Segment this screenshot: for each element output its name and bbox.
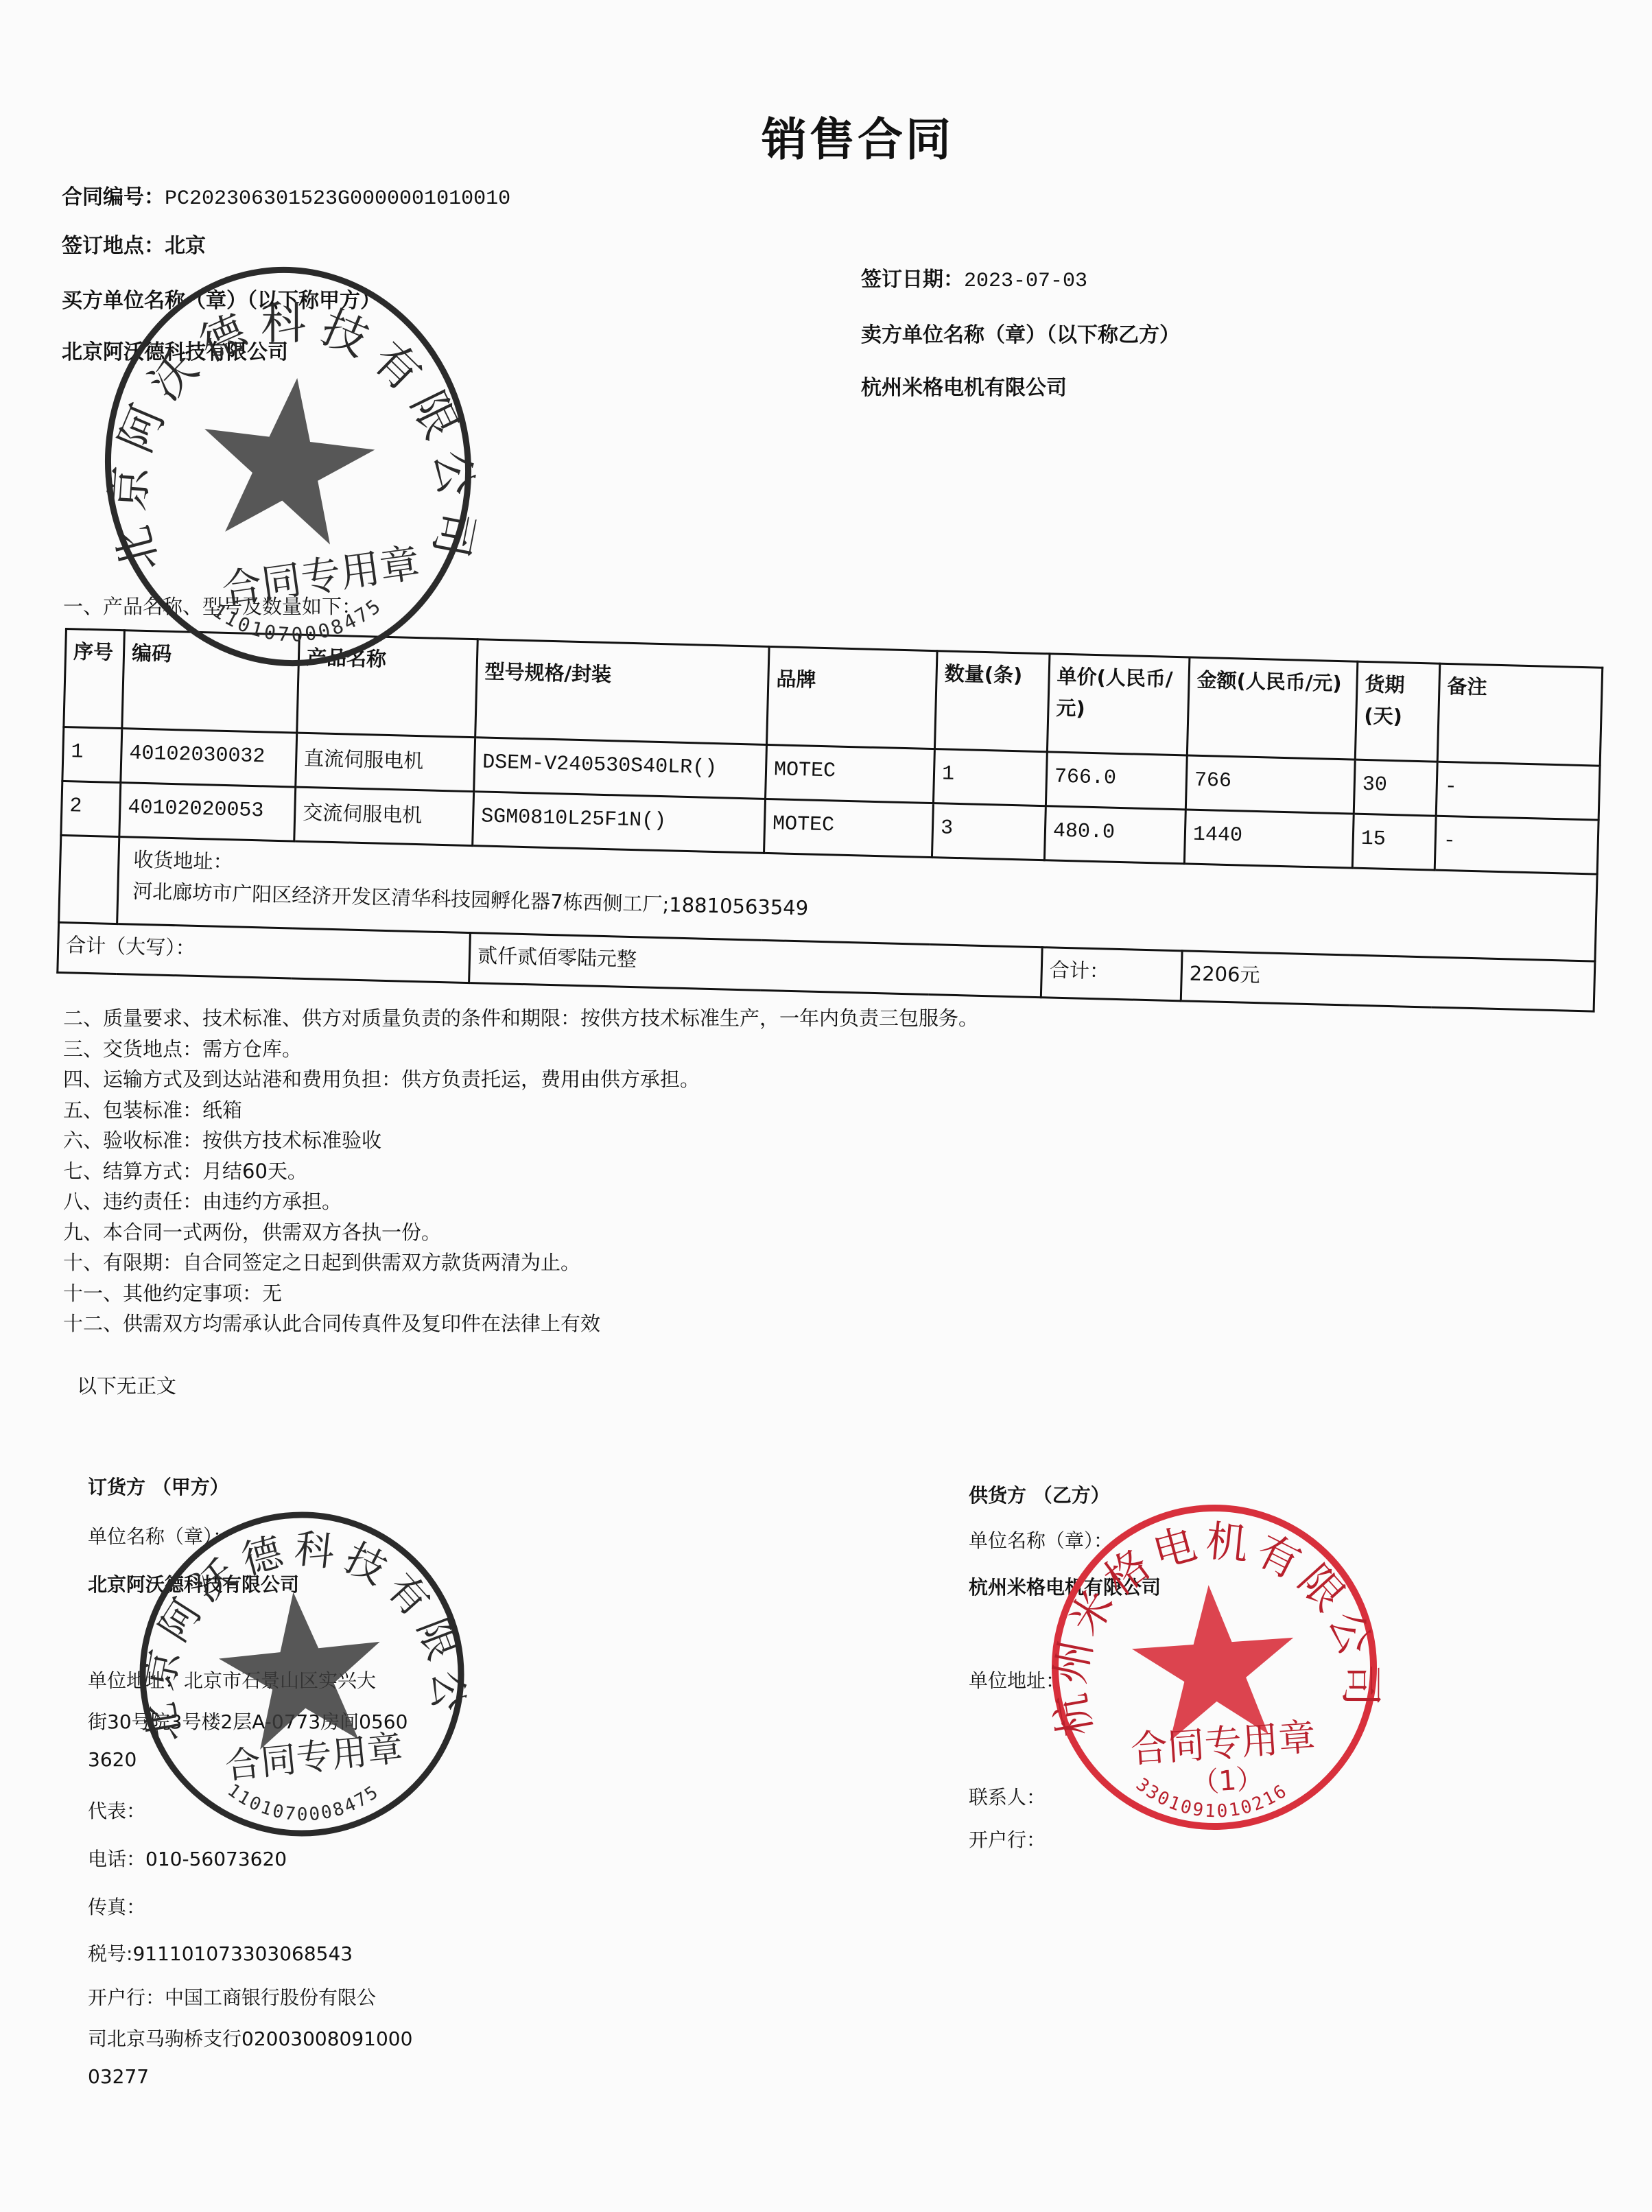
seller-label: 卖方单位名称（章）（以下称乙方） — [861, 318, 1180, 348]
seller-block-address-label: 单位地址： — [969, 1666, 1065, 1693]
sign-place: 签订地点：北京 — [62, 228, 206, 259]
buyer-block-address: 单位地址：北京市石景山区实兴大 — [88, 1666, 376, 1693]
col-header-unit-price: 单价(人民币/元) — [1047, 654, 1190, 755]
cell-brand: MOTEC — [766, 744, 935, 803]
buyer-block-phone-label: 电话： — [88, 1848, 145, 1870]
cell-code: 40102030032 — [121, 729, 297, 787]
col-header-qty: 数量(条) — [934, 651, 1050, 752]
clauses: 二、质量要求、技术标准、供方对质量负责的条件和期限：按供方技术标准生产，一年内负… — [63, 1003, 978, 1339]
buyer-block-tax-value: 911101073303068543 — [132, 1942, 353, 1965]
seller-block-contact-label: 联系人： — [969, 1782, 1046, 1810]
total-label: 合计： — [1041, 948, 1182, 1001]
cell-remark: - — [1435, 816, 1598, 874]
col-header-amount: 金额(人民币/元) — [1187, 657, 1358, 760]
buyer-block-tax: 税号:911101073303068543 — [88, 1939, 353, 1966]
clause-5: 五、包装标准：纸箱 — [63, 1095, 978, 1126]
items-table-wrapper: 序号 编码 产品名称 型号规格/封装 品牌 数量(条) 单价(人民币/元) 金额… — [56, 628, 1601, 1013]
clause-3: 三、交货地点：需方仓库。 — [63, 1034, 978, 1065]
sign-date-value: 2023-07-03 — [964, 270, 1087, 293]
clause-12: 十二、供需双方均需承认此合同传真件及复印件在法律上有效 — [63, 1308, 978, 1339]
cell-lead-time: 15 — [1352, 814, 1436, 870]
cell-seq: 2 — [61, 781, 121, 836]
buyer-block-bank-line3: 03277 — [88, 2065, 149, 2088]
sign-place-value: 北京 — [165, 234, 206, 258]
end-note: 以下无正文 — [77, 1371, 176, 1399]
col-header-model: 型号规格/封装 — [475, 639, 769, 745]
cell-product: 直流伺服电机 — [296, 733, 475, 792]
buyer-block-bank-line1: 中国工商银行股份有限公 — [165, 1986, 376, 2009]
buyer-block-bank-line2: 司北京马驹桥支行02003008091000 — [88, 2024, 412, 2051]
seller-block-name: 杭州米格电机有限公司 — [969, 1573, 1161, 1600]
seller-name: 杭州米格电机有限公司 — [861, 370, 1067, 401]
address-blank-cell — [59, 835, 119, 923]
cell-seq: 1 — [62, 727, 122, 782]
buyer-block-phone-value: 010-56073620 — [145, 1848, 287, 1870]
cell-remark: - — [1436, 762, 1600, 820]
svg-text:3301091010216: 3301091010216 — [1131, 1764, 1293, 1828]
col-header-brand: 品牌 — [767, 646, 938, 749]
buyer-block-address-line3: 3620 — [88, 1748, 137, 1771]
contract-number: 合同编号：PC202306301523G0000001010010 — [62, 180, 510, 211]
cell-model: SGM0810L25F1N() — [473, 792, 766, 854]
section1-heading: 一、产品名称、型号及数量如下： — [63, 591, 362, 620]
svg-text:1101070008475: 1101070008475 — [222, 1765, 386, 1834]
buyer-block-name-label: 单位名称（章）： — [88, 1522, 232, 1549]
svg-text:合同专用章: 合同专用章 — [223, 1728, 405, 1787]
cell-amount: 1440 — [1184, 810, 1354, 868]
buyer-block-address-line2: 街30号院3号楼2层A-0773房间0560 — [88, 1707, 408, 1734]
contract-number-value: PC202306301523G0000001010010 — [165, 187, 510, 211]
buyer-block-name: 北京阿沃德科技有限公司 — [88, 1570, 299, 1597]
buyer-block-rep-label: 代表： — [88, 1796, 145, 1824]
buyer-block-heading: 订货方 （甲方） — [88, 1472, 229, 1500]
buyer-name: 北京阿沃德科技有限公司 — [62, 335, 288, 365]
contract-number-label: 合同编号： — [62, 185, 165, 209]
buyer-block-address-line1: 北京市石景山区实兴大 — [184, 1669, 376, 1692]
clause-11: 十一、其他约定事项：无 — [63, 1278, 978, 1309]
total-value: 2206元 — [1181, 951, 1595, 1011]
buyer-block-tax-label: 税号: — [88, 1942, 132, 1965]
col-header-remark: 备注 — [1437, 663, 1603, 766]
svg-text:北京阿沃德科技有限公司: 北京阿沃德科技有限公司 — [75, 270, 494, 622]
seller-block-heading: 供货方 （乙方） — [969, 1481, 1110, 1508]
sign-place-label: 签订地点： — [62, 234, 165, 258]
clause-6: 六、验收标准：按供方技术标准验收 — [63, 1125, 978, 1156]
document-title: 销售合同 — [0, 103, 1652, 168]
cell-model: DSEM-V240530S40LR() — [474, 738, 767, 799]
cell-qty: 1 — [933, 749, 1047, 806]
buyer-block-phone: 电话：010-56073620 — [88, 1844, 287, 1872]
buyer-block-fax-label: 传真： — [88, 1892, 145, 1920]
cell-amount: 766 — [1185, 755, 1355, 814]
svg-text:合同专用章: 合同专用章 — [1129, 1715, 1317, 1772]
sign-date: 签订日期：2023-07-03 — [861, 262, 1087, 293]
seller-block-name-label: 单位名称（章）： — [969, 1526, 1113, 1553]
svg-text:（1）: （1） — [1190, 1763, 1264, 1799]
buyer-block-bank-label: 开户行： — [88, 1986, 165, 2009]
cell-unit-price: 480.0 — [1044, 806, 1185, 864]
col-header-code: 编码 — [122, 631, 300, 733]
clause-8: 八、违约责任：由违约方承担。 — [63, 1186, 978, 1217]
cell-code: 40102020053 — [119, 783, 296, 841]
cell-lead-time: 30 — [1354, 760, 1437, 816]
cell-unit-price: 766.0 — [1046, 752, 1187, 810]
col-header-lead-time: 货期(天) — [1355, 661, 1440, 762]
buyer-label: 买方单位名称（章）（以下称甲方） — [62, 283, 381, 314]
col-header-product: 产品名称 — [297, 635, 478, 738]
clause-7: 七、结算方式：月结60天。 — [63, 1156, 978, 1187]
clause-2: 二、质量要求、技术标准、供方对质量负责的条件和期限：按供方技术标准生产，一年内负… — [63, 1003, 978, 1034]
seller-block-bank-label: 开户行： — [969, 1825, 1046, 1852]
cell-qty: 3 — [932, 803, 1046, 860]
cell-brand: MOTEC — [764, 799, 934, 857]
items-table: 序号 编码 产品名称 型号规格/封装 品牌 数量(条) 单价(人民币/元) 金额… — [56, 628, 1603, 1013]
sign-date-label: 签订日期： — [861, 268, 964, 292]
cell-product: 交流伺服电机 — [294, 787, 474, 846]
clause-4: 四、运输方式及到达站港和费用负担：供方负责托运，费用由供方承担。 — [63, 1064, 978, 1095]
buyer-block-address-label: 单位地址： — [88, 1669, 184, 1692]
buyer-block-bank: 开户行：中国工商银行股份有限公 — [88, 1983, 376, 2010]
clause-9: 九、本合同一式两份，供需双方各执一份。 — [63, 1217, 978, 1248]
total-cn-label: 合计（大写）： — [58, 922, 471, 983]
col-header-seq: 序号 — [64, 629, 125, 729]
clause-10: 十、有限期：自合同签定之日起到供需双方款货两清为止。 — [63, 1247, 978, 1278]
